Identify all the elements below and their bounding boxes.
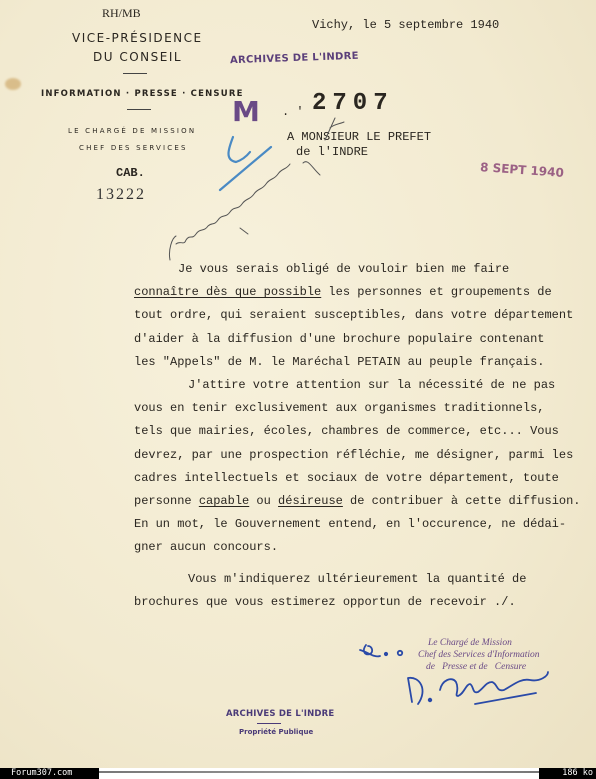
paragraph-2-line-2: vous en tenir exclusivement aux organism… [134,397,596,420]
underlined-word: désireuse [278,494,343,508]
letter-body: Je vous serais obligé de vouloir bien me… [134,258,596,614]
underlined-phrase: connaître dès que possible [134,285,321,299]
signature-block: Le Chargé de Mission Chef des Services d… [418,637,540,673]
paragraph-2-line-3: tels que mairies, écoles, chambres de co… [134,420,596,443]
text-span: les personnes et groupements de [321,285,551,299]
public-property-label: Propriété Publique [239,728,313,736]
signature-icon [408,672,548,704]
recipient-line2: de l'INDRE [296,145,368,159]
cab-number: 13222 [96,186,146,204]
paragraph-2-line-1: J'attire votre attention sur la nécessit… [134,374,596,397]
text-span: personne [134,494,199,508]
paper-stain [5,78,21,90]
document-page: RH/MB VICE-PRÉSIDENCE DU CONSEIL INFORMA… [0,0,596,768]
paragraph-2-line-4: devrez, par une prospection réfléchie, m… [134,444,596,467]
registry-number: 2707 [312,90,394,117]
site-watermark: Forum307.com [0,768,99,779]
registry-letter-stamp: M [232,95,260,128]
cab-label: CAB. [116,166,145,180]
header-divider [123,73,147,74]
signature-line3: de Presse et de Censure [418,661,540,673]
signature-line1: Le Chargé de Mission [418,637,540,649]
bottom-archive-stamp: ARCHIVES DE L'INDRE [226,709,334,719]
paragraph-3-line-2: brochures que vous estimerez opportun de… [134,591,596,614]
role-line1: LE CHARGÉ DE MISSION [68,127,196,135]
blue-initials-icon [360,645,402,656]
footer-divider [99,768,539,779]
paragraph-1-line-1: Je vous serais obligé de vouloir bien me… [134,258,596,281]
department-name: INFORMATION · PRESSE · CENSURE [41,89,244,99]
paragraph-1-line-5: les "Appels" de M. le Maréchal PETAIN au… [134,351,596,374]
paragraph-2-line-7: En un mot, le Gouvernement entend, en l'… [134,513,596,536]
received-date-stamp: 8 SEPT 1940 [480,160,565,180]
signature-line2: Chef des Services d'Information [418,649,540,661]
paragraph-1-line-2: connaître dès que possible les personnes… [134,281,596,304]
paragraph-2-line-6: personne capable ou désireuse de contrib… [134,490,596,513]
text-span: de contribuer à cette diffusion. [343,494,581,508]
paragraph-1-line-4: d'aider à la diffusion d'une brochure po… [134,328,596,351]
paragraph-1-line-3: tout ordre, qui seraient susceptibles, d… [134,304,596,327]
stamp-divider [257,723,281,724]
file-size-label: 186 ko [539,768,596,779]
place-date: Vichy, le 5 septembre 1940 [312,18,499,32]
blue-pencil-check-icon [220,137,271,190]
underlined-word: capable [199,494,249,508]
paragraph-2-line-5: cadres intellectuels et sociaux de votre… [134,467,596,490]
archive-stamp: ARCHIVES DE L'INDRE [230,51,359,66]
header-divider [127,109,151,110]
text-span: ou [249,494,278,508]
paragraph-3-line-1: Vous m'indiquerez ultérieurement la quan… [134,568,596,591]
role-line2: CHEF DES SERVICES [79,144,188,152]
registry-dots: . ' [282,105,304,119]
paragraph-2-line-8: gner aucun concours. [134,536,596,559]
office-title-line1: VICE-PRÉSIDENCE [72,31,203,45]
recipient-line1: A MONSIEUR LE PREFET [287,130,431,144]
office-title-line2: DU CONSEIL [93,50,182,64]
reference-code: RH/MB [102,6,141,21]
